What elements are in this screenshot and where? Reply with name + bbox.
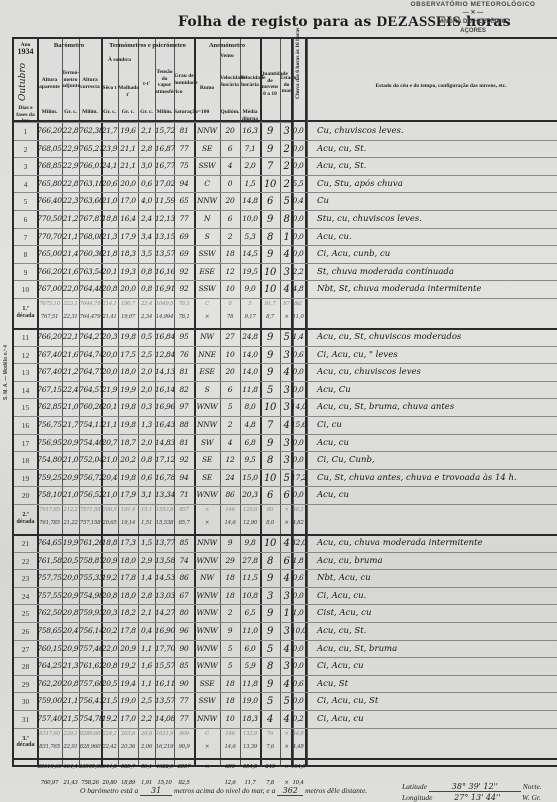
- cell-cl: 6: [260, 490, 280, 501]
- remark-text: Ci, Acu, cu, St: [317, 696, 378, 706]
- decade-value: 203,6: [118, 731, 138, 737]
- cell-vap: 16,90: [155, 626, 174, 635]
- remark-text: Cist, Acu, cu: [317, 608, 371, 618]
- latitude-line: Latitude 38° 39' 12'' Norte.: [402, 782, 542, 792]
- cell-v2: 10,0: [240, 214, 260, 223]
- cell-wet: 19,2: [118, 661, 138, 670]
- cell-dry: 20,1: [101, 402, 118, 411]
- cell-dir: SW: [194, 438, 220, 447]
- rain-header: Chuva das 6 horas às 16 horas: [295, 28, 301, 99]
- cell-wet: 20,0: [118, 179, 138, 188]
- month-value: Outubro: [18, 63, 28, 101]
- cell-wet: 18,3: [118, 249, 138, 258]
- cell-vap: 13,58: [155, 556, 174, 565]
- decade-value: 7644,79: [79, 301, 101, 307]
- cell-dir: NNW: [194, 126, 220, 135]
- cell-t: 20,8: [62, 679, 79, 688]
- decade-value: 14,6: [220, 520, 240, 526]
- barometer-note: O barómetro está a 31 metros acima do ni…: [80, 786, 367, 796]
- row-divider: [14, 710, 293, 711]
- cell-baro: 757,55: [37, 591, 62, 600]
- cell-vap: 16,16: [155, 267, 174, 276]
- cell-v2: 19,5: [240, 267, 260, 276]
- cell-diff: 2,8: [138, 144, 155, 153]
- day-number: 14: [14, 386, 37, 395]
- cell-baro: 767,00: [37, 284, 62, 293]
- cell-hum: 77: [174, 214, 194, 223]
- cell-hum: 76: [174, 350, 194, 359]
- row-divider: [14, 192, 293, 193]
- cell-v2: 11,8: [240, 385, 260, 394]
- total-value: 15,10: [155, 780, 174, 786]
- column-divider: [307, 39, 308, 765]
- row-divider: [14, 728, 293, 729]
- register-table-remarks: Chuva das 6 horas às 16 horasEstado do c…: [291, 37, 557, 767]
- register-sheet: Folha de registo para as DEZASSEIS horas…: [0, 0, 557, 802]
- header-divider: [291, 120, 557, 122]
- cell-corr: 765,21: [79, 144, 101, 153]
- cell-hum: 74: [174, 556, 194, 565]
- cell-vap: 16,11: [155, 679, 174, 688]
- total-value: 23610,60: [37, 764, 62, 770]
- cell-dir: WNW: [194, 644, 220, 653]
- cell-t: 20,4: [62, 626, 79, 635]
- row-divider: [14, 346, 293, 347]
- cell-baro: 754,80: [37, 455, 62, 464]
- rain-value: 0,2: [291, 714, 305, 723]
- remark-text: Ci, Acu, cu: [317, 661, 364, 671]
- rain-value: 0,4: [291, 196, 305, 205]
- cell-wet: 16,4: [118, 214, 138, 223]
- decade-value: 909: [174, 731, 194, 737]
- cell-wet: 20,0: [118, 284, 138, 293]
- rain-value: 1,0: [291, 608, 305, 617]
- cell-t: 20,9: [62, 644, 79, 653]
- decade-value: 9,17: [240, 314, 260, 320]
- cell-wet: 19,0: [118, 696, 138, 705]
- cell-dir: SE: [194, 473, 220, 482]
- day-number: 7: [14, 233, 37, 242]
- rain-value: 0,0: [291, 367, 305, 376]
- cell-dir: ESE: [194, 267, 220, 276]
- cell-cl: 9: [260, 126, 280, 137]
- remark-text: Acu, cu: [317, 490, 349, 500]
- decade-value: 23,4: [138, 301, 155, 307]
- cell-v1: 18: [220, 249, 240, 258]
- cell-v1: 18: [220, 591, 240, 600]
- observatory-stamp: OBSERVATÓRIO METEOROLÓGICO — ✕ — ANGRA D…: [398, 0, 548, 34]
- decade-value: 12,90: [240, 520, 260, 526]
- rain-value: 0,0: [291, 455, 305, 464]
- cell-dry: 24,1: [101, 161, 118, 170]
- remark-text: Acu, cu, bruma: [317, 556, 383, 566]
- decade-value: 828,960: [79, 744, 101, 750]
- cell-corr: 754,40: [79, 438, 101, 447]
- longitude-direction: W. Gr.: [522, 793, 541, 802]
- cell-wet: 19,9: [118, 385, 138, 394]
- decade-value: 76: [260, 731, 280, 737]
- cell-wet: 21,1: [118, 161, 138, 170]
- day-number: 16: [14, 421, 37, 430]
- row-divider: [14, 363, 293, 364]
- rain-value: 0,0: [291, 591, 305, 600]
- decade-value: 831,765: [37, 744, 62, 750]
- baro-corrected-header: Altura correcta: [79, 77, 101, 90]
- cell-dry: 23,9: [101, 144, 118, 153]
- decade-rain-value: 8,2: [291, 301, 305, 307]
- cell-dir: WNW: [194, 556, 220, 565]
- day-number: 31: [14, 715, 37, 724]
- decade-value: ×: [194, 520, 220, 526]
- total-value: 7,8: [260, 780, 280, 786]
- cell-v1: 18: [220, 679, 240, 688]
- cell-dir: S: [194, 232, 220, 241]
- cell-corr: 762,38: [79, 126, 101, 135]
- cell-dir: SSW: [194, 249, 220, 258]
- cell-dry: 21,8: [101, 249, 118, 258]
- decade-value: 146: [220, 731, 240, 737]
- total-rain-value: 10,4: [291, 780, 305, 786]
- cell-baro: 762,85: [37, 402, 62, 411]
- cell-diff: 2,9: [138, 556, 155, 565]
- row-divider: [14, 692, 293, 693]
- cell-v2: 14,0: [240, 367, 260, 376]
- cell-hum: 77: [174, 696, 194, 705]
- row-divider: [291, 657, 557, 658]
- cell-vap: 15,72: [155, 126, 174, 135]
- cell-v1: 5: [220, 402, 240, 411]
- cell-v1: 18: [220, 696, 240, 705]
- cell-diff: 2,0: [138, 438, 155, 447]
- cell-t: 22,3: [62, 196, 79, 205]
- longitude-line: Longitude 27° 13' 44'' W. Gr.: [402, 793, 541, 802]
- remark-text: Acu, cu, St, bruma, chuva antes: [317, 402, 454, 412]
- decade-value: ×: [194, 314, 220, 320]
- total-value: 243: [260, 764, 280, 770]
- row-divider: [14, 622, 293, 623]
- cell-hum: 81: [174, 367, 194, 376]
- rain-value: 5,5: [291, 179, 305, 188]
- cell-dir: NNW: [194, 714, 220, 723]
- stamp-divider: — ✕ —: [398, 9, 548, 18]
- cell-cl: 10: [260, 538, 280, 549]
- unit-label: Saturação=100: [174, 109, 194, 116]
- cell-cl: 8: [260, 455, 280, 466]
- cell-v2: 10,8: [240, 591, 260, 600]
- rain-value: 17,2: [291, 473, 305, 482]
- cell-t: 21,0: [62, 490, 79, 499]
- cell-diff: 3,4: [138, 232, 155, 241]
- cell-corr: 752,04: [79, 455, 101, 464]
- cell-vap: 14,53: [155, 573, 174, 582]
- cell-vap: 12,84: [155, 350, 174, 359]
- decade-divider: [291, 328, 557, 330]
- cell-baro: 766,20: [37, 332, 62, 341]
- cell-v2: 14,5: [240, 249, 260, 258]
- year-value: 1934: [14, 49, 37, 56]
- row-divider: [14, 552, 293, 553]
- cell-hum: 69: [174, 249, 194, 258]
- decade-value: 16,219: [155, 744, 174, 750]
- unit-label: Quilóm.: [220, 109, 240, 116]
- cell-baro: 765,00: [37, 249, 62, 258]
- decade-value: 223,1: [62, 301, 79, 307]
- cell-dir: SSE: [194, 679, 220, 688]
- decade-value: 80: [260, 507, 280, 513]
- unit-label: Gr. c.: [118, 109, 138, 116]
- decade-value: 14,6: [220, 744, 240, 750]
- cell-vap: 16,96: [155, 402, 174, 411]
- diff-header: t-t': [138, 81, 155, 88]
- decade-value: 8317,60: [37, 731, 62, 737]
- cell-corr: 761,62: [79, 661, 101, 670]
- cell-baro: 767,40: [37, 367, 62, 376]
- day-number: 22: [14, 557, 37, 566]
- total-value: 390: [220, 764, 240, 770]
- total-value: 585,7: [118, 764, 138, 770]
- total-value: 4622,9: [155, 764, 174, 770]
- rain-value: 32,0: [291, 538, 305, 547]
- cell-t: 22,8: [62, 126, 79, 135]
- cell-wet: 19,8: [118, 402, 138, 411]
- row-divider: [291, 363, 557, 364]
- decade-value: 5: [240, 301, 260, 307]
- cell-wet: 19,3: [118, 267, 138, 276]
- cell-diff: 4,0: [138, 196, 155, 205]
- cell-corr: 757,46: [79, 644, 101, 653]
- baro-distance-value: 362: [277, 786, 303, 796]
- cell-baro: 757,40: [37, 714, 62, 723]
- title-prefix: Folha de registo para as: [178, 14, 371, 30]
- cell-hum: 77: [174, 714, 194, 723]
- row-divider: [291, 416, 557, 417]
- cell-t: 21,0: [62, 455, 79, 464]
- remark-text: Cu: [317, 196, 329, 206]
- total-value: 82,5: [174, 780, 194, 786]
- cell-baro: 756,95: [37, 438, 62, 447]
- row-divider: [14, 587, 293, 588]
- speed-header: Velocidade horária: [220, 75, 240, 88]
- total-value: 758,26: [79, 780, 101, 786]
- cell-wet: 17,9: [118, 490, 138, 499]
- row-divider: [291, 263, 557, 264]
- cell-dry: 18,8: [101, 214, 118, 223]
- cell-corr: 764,74: [79, 350, 101, 359]
- cell-t: 20,9: [62, 473, 79, 482]
- cell-baro: 760,15: [37, 644, 62, 653]
- day-number: 3: [14, 162, 37, 171]
- total-value: 59,1: [138, 764, 155, 770]
- cell-v1: 20: [220, 126, 240, 135]
- remark-text: Cu, chuviscos leves.: [317, 126, 404, 136]
- remark-text: Acu, cu.: [317, 232, 352, 242]
- cell-v1: 10: [220, 284, 240, 293]
- row-divider: [291, 486, 557, 487]
- cell-baro: 770,50: [37, 214, 62, 223]
- latitude-value: 38° 39' 12'': [429, 782, 521, 792]
- cell-dry: 20,2: [101, 626, 118, 635]
- cell-v1: 4: [220, 161, 240, 170]
- cell-corr: 763,18: [79, 179, 101, 188]
- decade-value: 764,479: [79, 314, 101, 320]
- cell-v2: 9,5: [240, 455, 260, 464]
- cell-v2: 11,5: [240, 573, 260, 582]
- cell-diff: 0,8: [138, 284, 155, 293]
- cell-hum: 88: [174, 420, 194, 429]
- day-number: 21: [14, 539, 37, 548]
- cell-diff: 2,2: [138, 714, 155, 723]
- speed-avg-header: Velocidade horária: [240, 75, 260, 88]
- decade-value: 2,34: [138, 314, 155, 320]
- decade-value: C: [194, 731, 220, 737]
- row-divider: [14, 469, 293, 470]
- day-number: 6: [14, 215, 37, 224]
- cell-t: 22,1: [62, 332, 79, 341]
- cell-v1: 6: [220, 385, 240, 394]
- remark-text: Nbt, Acu, cu: [317, 573, 371, 583]
- row-divider: [291, 381, 557, 382]
- cell-dry: 20,8: [101, 661, 118, 670]
- cell-dry: 21,9: [101, 385, 118, 394]
- decade-value: 7675,10: [37, 301, 62, 307]
- cell-wet: 17,0: [118, 714, 138, 723]
- rain-value: 0,0: [291, 661, 305, 670]
- decade-rain-value: 4,82: [291, 520, 305, 526]
- total-value: 664,4: [62, 764, 79, 770]
- total-value: 354,5: [240, 764, 260, 770]
- cell-vap: 16,77: [155, 161, 174, 170]
- row-divider: [291, 175, 557, 176]
- row-divider: [291, 569, 557, 570]
- cell-dry: 21,1: [101, 420, 118, 429]
- total-value: 12,6: [220, 780, 240, 786]
- decade-divider: [14, 534, 293, 536]
- cell-v1: 12: [220, 267, 240, 276]
- decade-value: 7571,58: [79, 507, 101, 513]
- row-divider: [291, 622, 557, 623]
- row-divider: [291, 710, 557, 711]
- cell-cl: 9: [260, 626, 280, 637]
- cell-baro: 768,85: [37, 161, 62, 170]
- total-value: 760,97: [37, 780, 62, 786]
- cell-corr: 754,11: [79, 420, 101, 429]
- rain-value: 14,0: [291, 402, 305, 411]
- wind-header: Vento: [194, 53, 260, 60]
- longitude-label: Longitude: [402, 793, 432, 802]
- rain-value: 4,8: [291, 284, 305, 293]
- cell-diff: 1,5: [138, 538, 155, 547]
- cell-v1: 20: [220, 367, 240, 376]
- rain-value: 15,6: [291, 420, 305, 429]
- cell-t: 20,0: [62, 573, 79, 582]
- rain-value: 0,6: [291, 350, 305, 359]
- row-divider: [14, 398, 293, 399]
- decade-value: 20,65: [101, 520, 118, 526]
- total-value: 18,89: [118, 780, 138, 786]
- remark-text: Acu, cu: [317, 438, 349, 448]
- cell-baro: 758,65: [37, 626, 62, 635]
- decade-value: 761,785: [37, 520, 62, 526]
- row-divider: [14, 157, 293, 158]
- cell-wet: 17,8: [118, 573, 138, 582]
- cell-hum: 69: [174, 232, 194, 241]
- baro-apparent-header: Altura aparente: [37, 77, 62, 90]
- cell-baro: 770,70: [37, 232, 62, 241]
- remark-text: Acu, cu, St, bruma: [317, 644, 397, 654]
- cell-dir: NNW: [194, 538, 220, 547]
- remark-text: Acu, Cu: [317, 385, 351, 395]
- decade-rain-value: 48,2: [291, 507, 305, 513]
- cell-v1: 2: [220, 420, 240, 429]
- cell-v2: 9,0: [240, 284, 260, 293]
- cell-dir: ESE: [194, 367, 220, 376]
- decade-value: 767,51: [37, 314, 62, 320]
- remark-text: Ci, Cu, Cunb,: [317, 455, 375, 465]
- cell-corr: 760,36: [79, 249, 101, 258]
- cell-vap: 13,77: [155, 538, 174, 547]
- cell-v1: 0: [220, 179, 240, 188]
- cell-corr: 761,26: [79, 538, 101, 547]
- cell-v2: 6,8: [240, 438, 260, 447]
- row-divider: [14, 416, 293, 417]
- cell-v2: 18,3: [240, 714, 260, 723]
- cell-dry: 18,8: [101, 538, 118, 547]
- remark-text: Acu, cu, St.: [317, 626, 366, 636]
- cell-vap: 16,87: [155, 144, 174, 153]
- cell-diff: 0,3: [138, 402, 155, 411]
- row-divider: [14, 640, 293, 641]
- cell-v2: 16,3: [240, 126, 260, 135]
- remark-text: Acu, cu, St.: [317, 144, 366, 154]
- row-divider: [291, 280, 557, 281]
- decade-value: 224,2: [101, 731, 118, 737]
- decade-value: 214,1: [101, 301, 118, 307]
- cell-dir: WNW: [194, 608, 220, 617]
- row-divider: [14, 280, 293, 281]
- cell-dry: 20,9: [101, 556, 118, 565]
- row-divider: [291, 587, 557, 588]
- cell-vap: 17,70: [155, 644, 174, 653]
- cell-diff: 1,3: [138, 420, 155, 429]
- cell-dry: 20,4: [101, 473, 118, 482]
- cell-corr: 754,78: [79, 714, 101, 723]
- rain-value: 0,0: [291, 214, 305, 223]
- row-divider: [14, 504, 293, 505]
- cell-v2: 20,3: [240, 490, 260, 499]
- decade-value: 1621,9: [155, 731, 174, 737]
- row-divider: [291, 640, 557, 641]
- cell-v2: 5,3: [240, 232, 260, 241]
- row-divider: [291, 504, 557, 505]
- cell-diff: 0,6: [138, 473, 155, 482]
- total-value: 1,91: [138, 780, 155, 786]
- cell-v1: 86: [220, 490, 240, 499]
- cell-v1: 24: [220, 473, 240, 482]
- cell-dry: 20,5: [101, 679, 118, 688]
- decade-value: 146: [220, 507, 240, 513]
- cell-wet: 17,9: [118, 232, 138, 241]
- row-divider: [291, 692, 557, 693]
- day-number: 9: [14, 268, 37, 277]
- cell-vap: 12,13: [155, 214, 174, 223]
- row-divider: [291, 245, 557, 246]
- row-divider: [291, 157, 557, 158]
- cell-baro: 759,25: [37, 473, 62, 482]
- cell-wet: 17,0: [118, 196, 138, 205]
- row-divider: [14, 451, 293, 452]
- cell-t: 22,0: [62, 284, 79, 293]
- row-divider: [14, 122, 293, 123]
